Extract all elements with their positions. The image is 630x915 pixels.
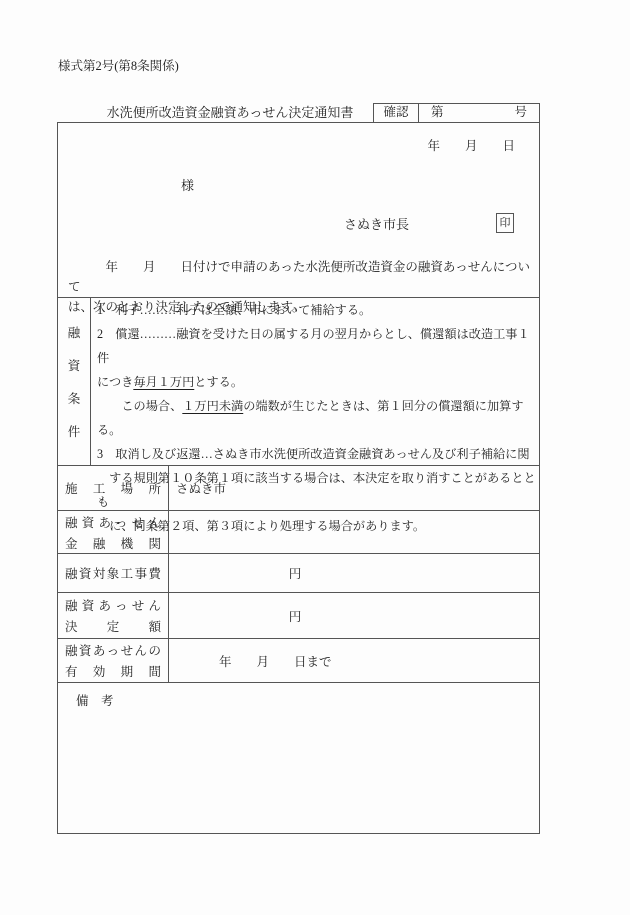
construction-site-value: さぬき市: [169, 466, 539, 510]
financial-institution-label: 融資あっせん 金融機関: [58, 511, 169, 553]
conditions-text: 1 利子………利子は全額、市において補給する。2 償還………融資を受けた日の属す…: [91, 298, 539, 465]
remarks-section: 備 考: [58, 683, 539, 833]
decided-amount-label: 融資あっせん 決定額: [58, 593, 169, 638]
document-title: 水洗便所改造資金融資あっせん決定通知書: [87, 102, 373, 121]
notice-line-2: は、次のとおり決定したので通知します。: [68, 297, 535, 317]
validity-period-label: 融資あっせんの 有効期間: [58, 639, 169, 682]
construction-site-row: 施工場所 さぬき市: [58, 466, 539, 511]
confirm-number-box: 確認 第 号: [373, 103, 540, 122]
number-prefix: 第: [431, 104, 444, 122]
conditions-label-char: 件: [68, 422, 81, 440]
number-suffix: 号: [514, 104, 527, 122]
main-table: 年 月 日 様 さぬき市長 印 年 月 日付けで申請のあった水洗便所改造資金の融…: [57, 122, 540, 834]
eligible-cost-value: 円: [169, 554, 539, 592]
loan-conditions-section: 融 資 条 件 1 利子………利子は全額、市において補給する。2 償還………融資…: [58, 298, 539, 466]
confirm-label: 確認: [374, 104, 419, 122]
remarks-label: 備 考: [76, 691, 114, 709]
issue-date-line: 年 月 日: [427, 136, 515, 154]
eligible-cost-row: 融資対象工事費 円: [58, 554, 539, 593]
seal-stamp: 印: [496, 213, 514, 233]
condition-line: 2 償還………融資を受けた日の属する月の翌月からとし、償還額は改造工事１件: [97, 322, 537, 370]
conditions-label: 融 資 条 件: [58, 298, 91, 465]
financial-institution-value: [169, 511, 539, 553]
decided-amount-row: 融資あっせん 決定額 円: [58, 593, 539, 639]
conditions-label-char: 融: [68, 323, 81, 341]
financial-institution-row: 融資あっせん 金融機関: [58, 511, 539, 554]
decided-amount-value: 円: [169, 593, 539, 638]
notice-paragraph: 年 月 日付けで申請のあった水洗便所改造資金の融資あっせんについて は、次のとお…: [68, 257, 535, 317]
condition-line: 3 取消し及び返還…さぬき市水洗便所改造資金融資あっせん及び利子補給に関: [97, 442, 537, 466]
form-code: 様式第2号(第8条関係): [58, 56, 179, 74]
eligible-cost-label: 融資対象工事費: [58, 554, 169, 592]
condition-line: につき毎月１万円とする。: [97, 370, 537, 394]
validity-period-value: 年 月 日まで: [169, 639, 539, 682]
conditions-label-char: 資: [68, 356, 81, 374]
construction-site-label: 施工場所: [58, 466, 169, 510]
conditions-label-char: 条: [68, 389, 81, 407]
validity-period-row: 融資あっせんの 有効期間 年 月 日まで: [58, 639, 539, 683]
sender-name: さぬき市長: [344, 214, 409, 233]
address-section: 年 月 日 様 さぬき市長 印 年 月 日付けで申請のあった水洗便所改造資金の融…: [58, 123, 539, 298]
condition-line: この場合、１万円未満の端数が生じたときは、第１回分の償還額に加算する。: [97, 394, 537, 442]
header-row: 水洗便所改造資金融資あっせん決定通知書 確認 第 号: [57, 103, 540, 122]
notice-line-1: 年 月 日付けで申請のあった水洗便所改造資金の融資あっせんについて: [68, 257, 535, 297]
recipient-suffix: 様: [181, 175, 194, 194]
document-number-cell: 第 号: [419, 104, 539, 122]
form-page: 様式第2号(第8条関係) 水洗便所改造資金融資あっせん決定通知書 確認 第 号 …: [0, 0, 630, 915]
